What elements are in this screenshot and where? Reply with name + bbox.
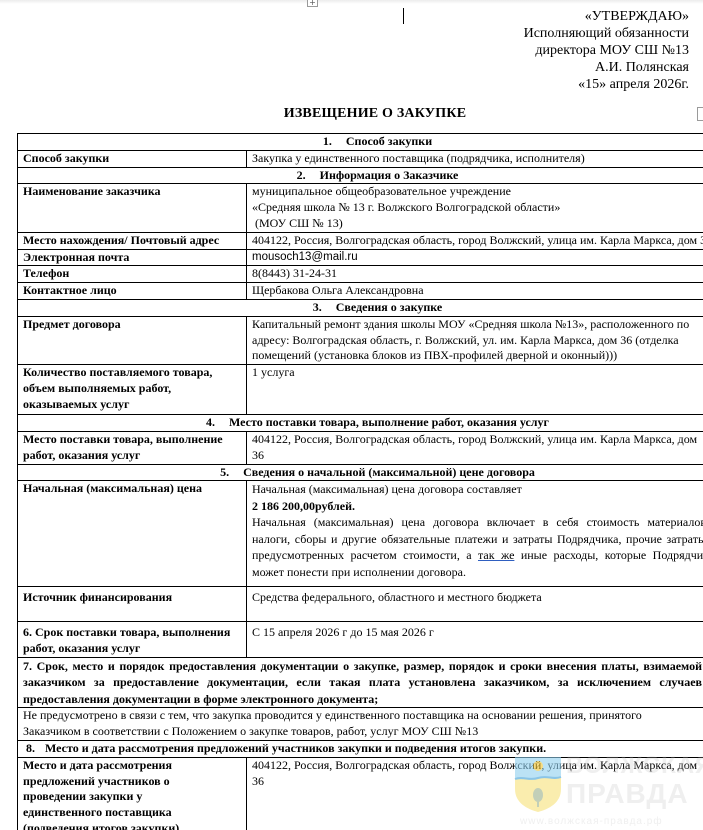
table-row: Не предусмотрено в связи с тем, что заку… [18, 708, 703, 741]
table-row: Начальная (максимальная) цена Начальная … [18, 481, 703, 587]
row-label: 6. Срок поставки товара, выполнения рабо… [18, 622, 247, 658]
section-2-header: 2.Информация о Заказчике [18, 167, 703, 184]
section-number: 5. [220, 465, 229, 481]
table-row: Место поставки товара, выполнение работ,… [18, 431, 703, 464]
row-label: Место поставки товара, выполнение работ,… [18, 431, 247, 464]
price-value: Начальная (максимальная) цена договора с… [247, 481, 703, 587]
spellcheck-marked-text[interactable]: так же [478, 548, 514, 562]
table-row: Источник финансирования Средства федерал… [18, 587, 703, 622]
row-value: Щербакова Ольга Александровна [247, 283, 703, 300]
row-value: 404122, Россия, Волгоградская область, г… [247, 757, 703, 830]
customer-name-line: «Средняя школа № 13 г. Волжского Волгогр… [252, 200, 703, 216]
section-header-row: 3.Сведения о закупке [18, 299, 703, 316]
row-value: 1 услуга [247, 365, 703, 415]
section-header-row: 2.Информация о Заказчике [18, 167, 703, 184]
section-title: Сведения о закупке [336, 300, 442, 314]
document-title: ИЗВЕЩЕНИЕ О ЗАКУПКЕ [0, 106, 703, 122]
table-row: 6. Срок поставки товара, выполнения рабо… [18, 622, 703, 658]
row-label: Наименование заказчика [18, 184, 247, 232]
section-4-header: 4.Место поставки товара, выполнение рабо… [18, 415, 703, 432]
row-label: Количество поставляемого товара, объем в… [18, 365, 247, 415]
row-value: 404122, Россия, Волгоградская область, г… [247, 431, 703, 464]
row-value: муниципальное общеобразовательное учрежд… [247, 184, 703, 232]
section-header-row: 4.Место поставки товара, выполнение рабо… [18, 415, 703, 432]
section-number: 3. [313, 300, 322, 316]
approval-line: «УТВЕРЖДАЮ» [389, 8, 689, 25]
row-value: Закупка у единственного поставщика (подр… [247, 150, 703, 167]
approval-line: директора МОУ СШ №13 [389, 42, 689, 59]
section-header-row: 7. Срок, место и порядок предоставления … [18, 657, 703, 708]
approval-line: Исполняющий обязанности [389, 25, 689, 42]
section-3-header: 3.Сведения о закупке [18, 299, 703, 316]
section-8-header: 8.Место и дата рассмотрения предложений … [18, 741, 703, 758]
table-row: Наименование заказчика муниципальное общ… [18, 184, 703, 232]
notice-table: 1.Способ закупки Способ закупки Закупка … [17, 133, 703, 830]
customer-name-line: (МОУ СШ № 13) [252, 216, 703, 232]
price-details: Начальная (максимальная) цена договора в… [252, 514, 703, 580]
table-move-handle-icon[interactable]: + [307, 0, 318, 7]
table-row: Электронная почта mousoch13@mail.ru [18, 249, 703, 266]
email-value[interactable]: mousoch13@mail.ru [247, 249, 703, 266]
section-number: 4. [206, 415, 215, 431]
row-label: Способ закупки [18, 150, 247, 167]
section-number: 8. [26, 741, 35, 757]
row-value: 8(8443) 31-24-31 [247, 266, 703, 283]
section-title: Информация о Заказчике [320, 168, 459, 182]
row-label: Начальная (максимальная) цена [18, 481, 247, 587]
section-number: 1. [323, 134, 332, 150]
table-row: Предмет договора Капитальный ремонт здан… [18, 316, 703, 364]
customer-name-line: муниципальное общеобразовательное учрежд… [252, 184, 703, 200]
row-label: Место и дата рассмотрения предложений уч… [18, 757, 247, 830]
row-label: Электронная почта [18, 249, 247, 266]
table-row: Телефон 8(8443) 31-24-31 [18, 266, 703, 283]
row-value: 404122, Россия, Волгоградская область, г… [247, 232, 703, 249]
row-value: С 15 апреля 2026 г до 15 мая 2026 г [247, 622, 703, 658]
table-row: Способ закупки Закупка у единственного п… [18, 150, 703, 167]
table-row: Место и дата рассмотрения предложений уч… [18, 757, 703, 830]
row-label: Место нахождения/ Почтовый адрес [18, 232, 247, 249]
row-value: Капитальный ремонт здания школы МОУ «Сре… [247, 316, 703, 364]
section-title: Место поставки товара, выполнение работ,… [229, 415, 549, 429]
section-title: Сведения о начальной (максимальной) цене… [243, 465, 535, 479]
price-amount: 2 186 200,00рублей. [252, 498, 703, 515]
window-top-shadow [0, 0, 703, 4]
approval-line: А.И. Полянская [389, 59, 689, 76]
row-value: Средства федерального, областного и мест… [247, 587, 703, 622]
section-1-header: 1.Способ закупки [18, 134, 703, 151]
doc-provision-value: Не предусмотрено в связи с тем, что заку… [18, 708, 703, 741]
section-number: 2. [297, 168, 306, 184]
table-row: Количество поставляемого товара, объем в… [18, 365, 703, 415]
city-emblem-watermark-icon [513, 755, 563, 813]
section-header-row: 1.Способ закупки [18, 134, 703, 151]
table-row: Контактное лицо Щербакова Ольга Александ… [18, 283, 703, 300]
price-intro: Начальная (максимальная) цена договора с… [252, 481, 703, 498]
approval-block: «УТВЕРЖДАЮ» Исполняющий обязанности дире… [389, 8, 689, 93]
section-header-row: 5.Сведения о начальной (максимальной) це… [18, 464, 703, 481]
approval-line: «15» апреля 2026г. [389, 76, 689, 93]
row-label: Предмет договора [18, 316, 247, 364]
section-header-row: 8.Место и дата рассмотрения предложений … [18, 741, 703, 758]
row-label: Контактное лицо [18, 283, 247, 300]
section-7-header: 7. Срок, место и порядок предоставления … [18, 657, 703, 708]
table-resize-handle[interactable] [697, 107, 703, 121]
section-title: Способ закупки [346, 134, 432, 148]
section-5-header: 5.Сведения о начальной (максимальной) це… [18, 464, 703, 481]
section-title: Место и дата рассмотрения предложений уч… [45, 741, 546, 755]
row-label: Источник финансирования [18, 587, 247, 622]
row-label: Телефон [18, 266, 247, 283]
table-row: Место нахождения/ Почтовый адрес 404122,… [18, 232, 703, 249]
